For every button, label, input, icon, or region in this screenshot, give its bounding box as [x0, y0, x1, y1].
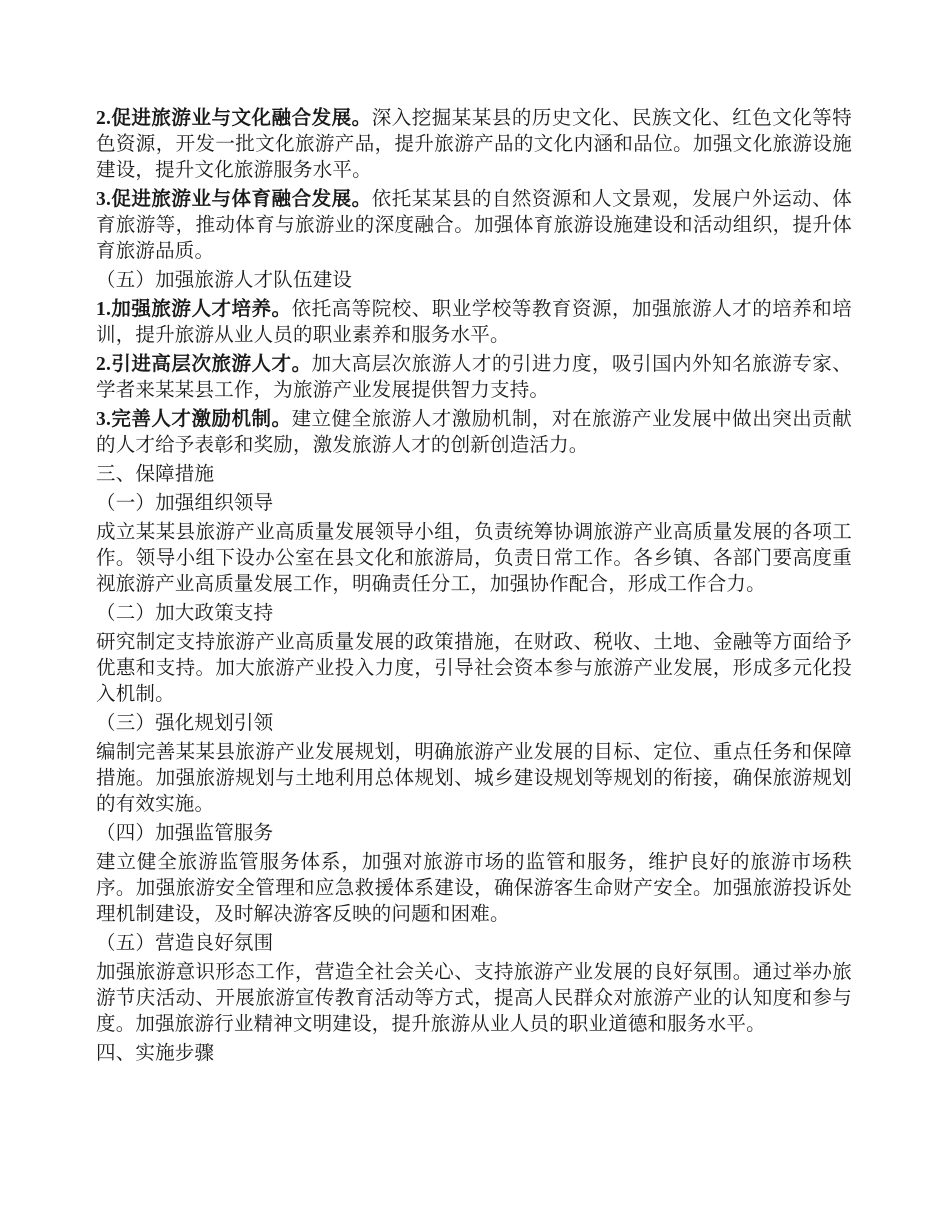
- paragraph: 加强旅游意识形态工作，营造全社会关心、支持旅游产业发展的良好氛围。通过举办旅游节…: [96, 960, 852, 1038]
- section-heading: （四）加强监管服务: [96, 821, 852, 847]
- paragraph: 研究制定支持旅游产业高质量发展的政策措施，在财政、税收、土地、金融等方面给予优惠…: [96, 630, 852, 708]
- paragraph-lead: 3.促进旅游业与体育融合发展。: [96, 189, 372, 210]
- heading-text: （二）加大政策支持: [96, 603, 273, 624]
- paragraph-text: 编制完善某某县旅游产业发展规划，明确旅游产业发展的目标、定位、重点任务和保障措施…: [96, 742, 852, 815]
- section-heading: （五）营造良好氛围: [96, 931, 852, 957]
- heading-text: （一）加强组织领导: [96, 493, 273, 514]
- paragraph-lead: 3.完善人才激励机制。: [96, 409, 292, 430]
- paragraph: 1.加强旅游人才培养。依托高等院校、职业学校等教育资源，加强旅游人才的培养和培训…: [96, 297, 852, 349]
- heading-text: （五）营造良好氛围: [96, 933, 273, 954]
- paragraph: 3.完善人才激励机制。建立健全旅游人才激励机制，对在旅游产业发展中做出突出贡献的…: [96, 407, 852, 459]
- heading-text: （三）强化规划引领: [96, 713, 273, 734]
- paragraph: 2.促进旅游业与文化融合发展。深入挖掘某某县的历史文化、民族文化、红色文化等特色…: [96, 106, 852, 184]
- document-page: { "doc": { "blocks": [ { "type": "body",…: [0, 0, 950, 1230]
- section-heading: （二）加大政策支持: [96, 601, 852, 627]
- paragraph-lead: 1.加强旅游人才培养。: [96, 299, 292, 320]
- paragraph: 成立某某县旅游产业高质量发展领导小组，负责统筹协调旅游产业高质量发展的各项工作。…: [96, 520, 852, 598]
- paragraph-text: 研究制定支持旅游产业高质量发展的政策措施，在财政、税收、土地、金融等方面给予优惠…: [96, 632, 852, 705]
- paragraph-lead: 2.促进旅游业与文化融合发展。: [96, 108, 372, 129]
- paragraph: 编制完善某某县旅游产业发展规划，明确旅游产业发展的目标、定位、重点任务和保障措施…: [96, 740, 852, 818]
- paragraph-text: 建立健全旅游监管服务体系，加强对旅游市场的监管和服务，维护良好的旅游市场秩序。加…: [96, 852, 852, 925]
- paragraph-text: 成立某某县旅游产业高质量发展领导小组，负责统筹协调旅游产业高质量发展的各项工作。…: [96, 522, 852, 595]
- section-heading: 三、保障措施: [96, 462, 852, 488]
- section-heading: （五）加强旅游人才队伍建设: [96, 268, 852, 294]
- heading-text: 三、保障措施: [96, 464, 214, 485]
- paragraph: 建立健全旅游监管服务体系，加强对旅游市场的监管和服务，维护良好的旅游市场秩序。加…: [96, 850, 852, 928]
- heading-text: （五）加强旅游人才队伍建设: [96, 270, 352, 291]
- section-heading: （三）强化规划引领: [96, 711, 852, 737]
- paragraph: 2.引进高层次旅游人才。加大高层次旅游人才的引进力度，吸引国内外知名旅游专家、学…: [96, 352, 852, 404]
- section-heading: （一）加强组织领导: [96, 491, 852, 517]
- paragraph-text: 加强旅游意识形态工作，营造全社会关心、支持旅游产业发展的良好氛围。通过举办旅游节…: [96, 962, 852, 1035]
- heading-text: （四）加强监管服务: [96, 823, 273, 844]
- document-body: 2.促进旅游业与文化融合发展。深入挖掘某某县的历史文化、民族文化、红色文化等特色…: [96, 106, 852, 1067]
- section-heading: 四、实施步骤: [96, 1041, 852, 1067]
- heading-text: 四、实施步骤: [96, 1043, 214, 1064]
- paragraph-lead: 2.引进高层次旅游人才。: [96, 354, 312, 375]
- paragraph: 3.促进旅游业与体育融合发展。依托某某县的自然资源和人文景观，发展户外运动、体育…: [96, 187, 852, 265]
